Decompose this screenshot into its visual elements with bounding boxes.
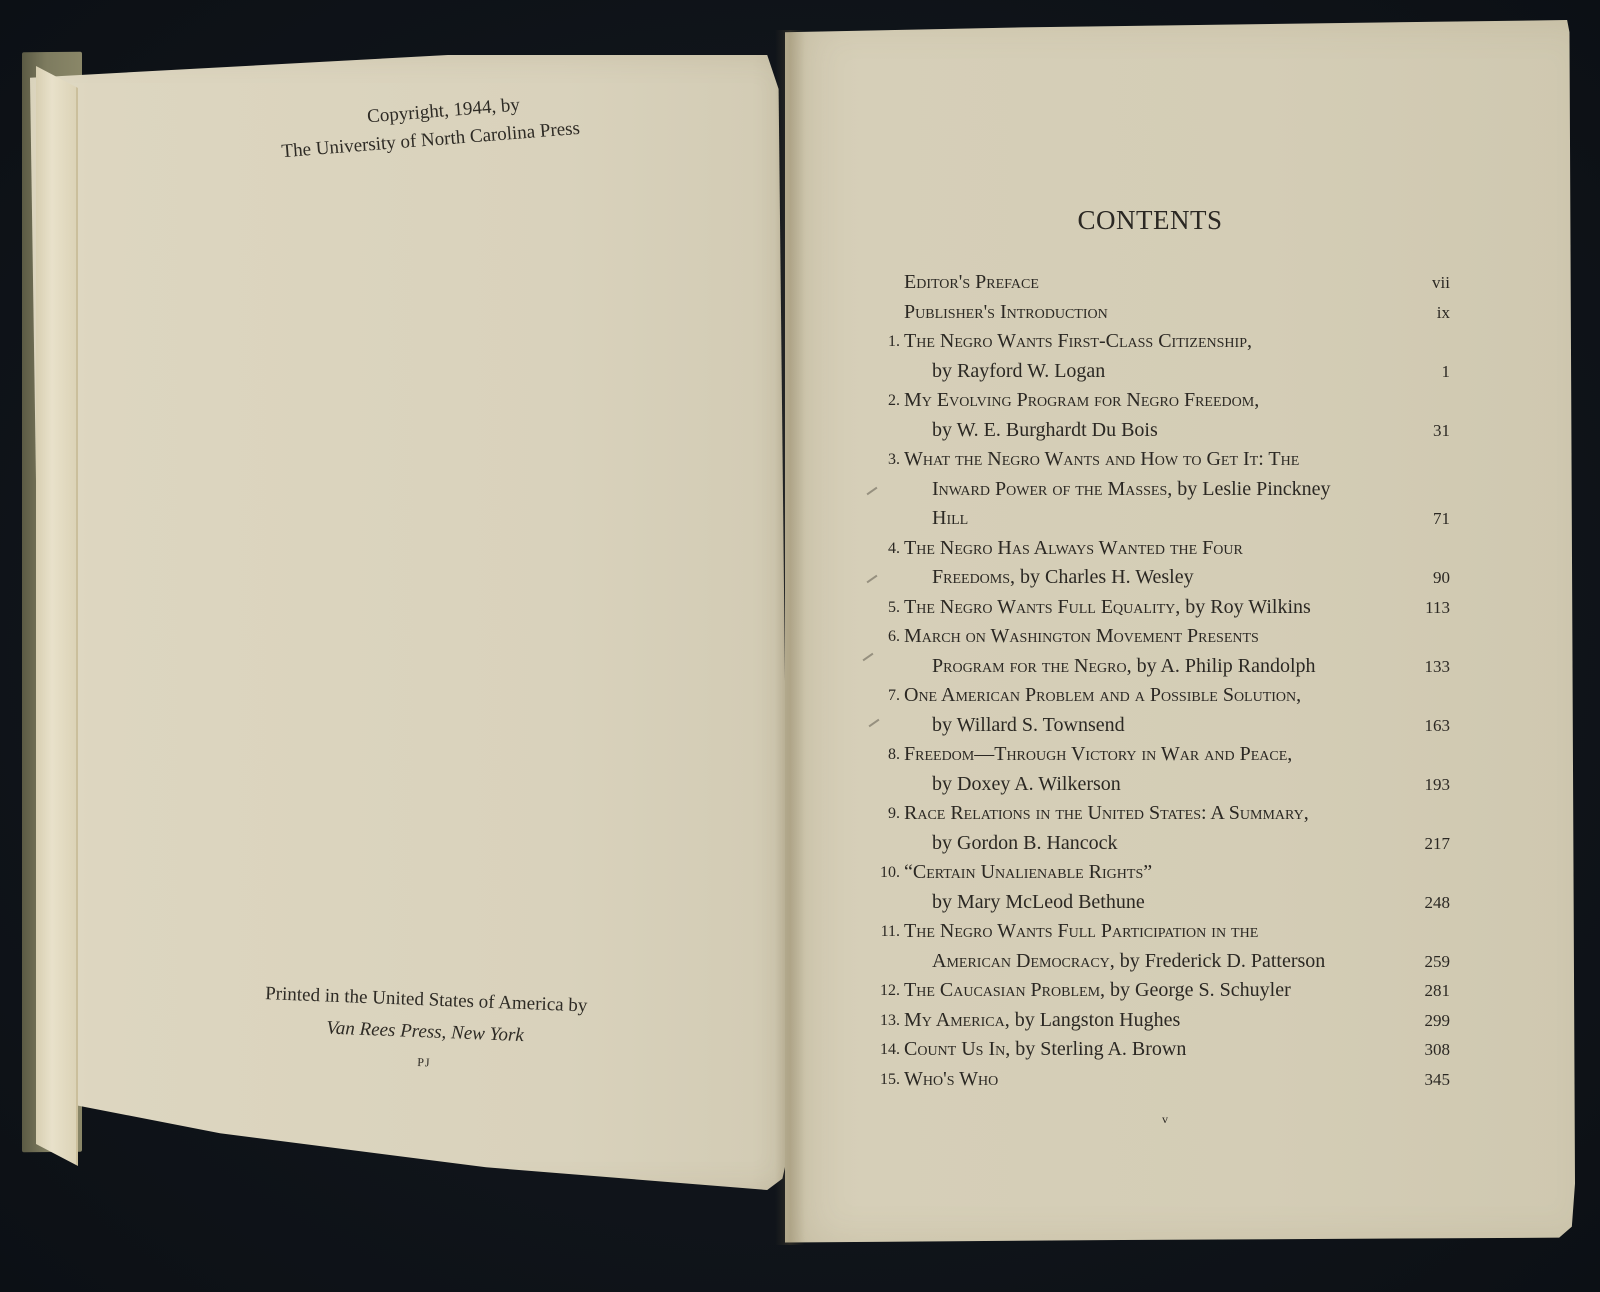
chapter-title-continued: Hill <box>932 504 968 534</box>
chapter-title-continued: Inward Power of the Masses, by Leslie Pi… <box>932 475 1331 505</box>
chapter-number: 3. <box>870 445 900 475</box>
page-reference: 133 <box>1400 652 1450 682</box>
chapter-title: March on Washington Movement Presents <box>904 622 1259 652</box>
chapter-number: 4. <box>870 534 900 564</box>
chapter-number: 12. <box>870 976 900 1006</box>
toc-entry-line: Freedoms, by Charles H. Wesley90 <box>870 563 1450 593</box>
page-reference: ix <box>1400 298 1450 328</box>
toc-entry-line: 4.The Negro Has Always Wanted the Four <box>870 534 1450 564</box>
toc-entry-line: 3.What the Negro Wants and How to Get It… <box>870 445 1450 475</box>
chapter-title-continued: by Willard S. Townsend <box>932 711 1125 741</box>
toc-entry-line: 14.Count Us In, by Sterling A. Brown308 <box>870 1035 1450 1065</box>
chapter-title: Race Relations in the United States: A S… <box>904 799 1309 829</box>
chapter-number: 15. <box>870 1065 900 1095</box>
page-reference: 90 <box>1400 563 1450 593</box>
chapter-number: 14. <box>870 1035 900 1065</box>
toc-entry-line: 6.March on Washington Movement Presents <box>870 622 1450 652</box>
page-reference: 163 <box>1400 711 1450 741</box>
chapter-title: Count Us In, by Sterling A. Brown <box>904 1035 1186 1065</box>
page-reference: 113 <box>1400 593 1450 623</box>
chapter-number: 1. <box>870 327 900 357</box>
chapter-number: 13. <box>870 1006 900 1036</box>
toc-entry-line: by Gordon B. Hancock217 <box>870 829 1450 859</box>
page-title: CONTENTS <box>1070 205 1230 236</box>
chapter-number: 11. <box>870 917 900 947</box>
chapter-title: The Negro Has Always Wanted the Four <box>904 534 1243 564</box>
chapter-title-continued: Freedoms, by Charles H. Wesley <box>932 563 1194 593</box>
page-reference: 281 <box>1400 976 1450 1006</box>
toc-entry-line: by Mary McLeod Bethune248 <box>870 888 1450 918</box>
page-reference: 217 <box>1400 829 1450 859</box>
chapter-title: Editor's Preface <box>904 268 1039 298</box>
chapter-title-continued: American Democracy, by Frederick D. Patt… <box>932 947 1325 977</box>
chapter-title-continued: by Mary McLeod Bethune <box>932 888 1145 918</box>
chapter-title-continued: Program for the Negro, by A. Philip Rand… <box>932 652 1316 682</box>
printer-imprint: Printed in the United States of America … <box>258 978 591 1083</box>
chapter-title: The Negro Wants Full Equality, by Roy Wi… <box>904 593 1311 623</box>
page-number: v <box>1162 1112 1168 1127</box>
toc-entry-line: American Democracy, by Frederick D. Patt… <box>870 947 1450 977</box>
toc-entry-line: Editor's Prefacevii <box>870 268 1450 298</box>
toc-entry-line: Publisher's Introductionix <box>870 298 1450 328</box>
page-reference: 345 <box>1400 1065 1450 1095</box>
chapter-title: Freedom—Through Victory in War and Peace… <box>904 740 1292 770</box>
chapter-number: 6. <box>870 622 900 652</box>
chapter-title: Who's Who <box>904 1065 998 1095</box>
chapter-number: 10. <box>870 858 900 888</box>
page-reference: 259 <box>1400 947 1450 977</box>
toc-entry-line: Hill71 <box>870 504 1450 534</box>
page-reference: 308 <box>1400 1035 1450 1065</box>
chapter-number: 2. <box>870 386 900 416</box>
page-reference: 71 <box>1400 504 1450 534</box>
toc-entry-line: 13.My America, by Langston Hughes299 <box>870 1006 1450 1036</box>
toc-entry-line: 11.The Negro Wants Full Participation in… <box>870 917 1450 947</box>
toc-entry-line: 2.My Evolving Program for Negro Freedom, <box>870 386 1450 416</box>
toc-entry-line: by Doxey A. Wilkerson193 <box>870 770 1450 800</box>
chapter-title: What the Negro Wants and How to Get It: … <box>904 445 1299 475</box>
toc-entry-line: by W. E. Burghardt Du Bois31 <box>870 416 1450 446</box>
page-reference: 31 <box>1400 416 1450 446</box>
page-reference: 193 <box>1400 770 1450 800</box>
toc-entry-line: by Willard S. Townsend163 <box>870 711 1450 741</box>
page-reference: 248 <box>1400 888 1450 918</box>
page-reference: vii <box>1400 268 1450 298</box>
chapter-title-continued: by W. E. Burghardt Du Bois <box>932 416 1158 446</box>
chapter-number: 7. <box>870 681 900 711</box>
toc-entry-line: 15.Who's Who345 <box>870 1065 1450 1095</box>
page-reference: 299 <box>1400 1006 1450 1036</box>
chapter-title-continued: by Doxey A. Wilkerson <box>932 770 1121 800</box>
chapter-title-continued: by Gordon B. Hancock <box>932 829 1118 859</box>
chapter-title: One American Problem and a Possible Solu… <box>904 681 1301 711</box>
toc-entry-line: 10.“Certain Unalienable Rights” <box>870 858 1450 888</box>
chapter-title: The Negro Wants Full Participation in th… <box>904 917 1258 947</box>
chapter-title: My America, by Langston Hughes <box>904 1006 1180 1036</box>
toc-entry-line: by Rayford W. Logan1 <box>870 357 1450 387</box>
chapter-title: The Negro Wants First-Class Citizenship, <box>904 327 1252 357</box>
chapter-title: The Caucasian Problem, by George S. Schu… <box>904 976 1291 1006</box>
table-of-contents: Editor's PrefaceviiPublisher's Introduct… <box>870 268 1450 1094</box>
chapter-number: 9. <box>870 799 900 829</box>
toc-entry-line: 12.The Caucasian Problem, by George S. S… <box>870 976 1450 1006</box>
chapter-title-continued: by Rayford W. Logan <box>932 357 1105 387</box>
toc-entry-line: 1.The Negro Wants First-Class Citizenshi… <box>870 327 1450 357</box>
endpaper-hinge <box>36 66 78 1166</box>
chapter-title: Publisher's Introduction <box>904 298 1108 328</box>
toc-entry-line: 8.Freedom—Through Victory in War and Pea… <box>870 740 1450 770</box>
toc-entry-line: Program for the Negro, by A. Philip Rand… <box>870 652 1450 682</box>
toc-entry-line: Inward Power of the Masses, by Leslie Pi… <box>870 475 1450 505</box>
toc-entry-line: 7.One American Problem and a Possible So… <box>870 681 1450 711</box>
chapter-title: “Certain Unalienable Rights” <box>904 858 1152 888</box>
page-reference: 1 <box>1400 357 1450 387</box>
chapter-number: 5. <box>870 593 900 623</box>
toc-entry-line: 9.Race Relations in the United States: A… <box>870 799 1450 829</box>
book-gutter <box>775 30 805 1245</box>
chapter-title: My Evolving Program for Negro Freedom, <box>904 386 1259 416</box>
chapter-number: 8. <box>870 740 900 770</box>
toc-entry-line: 5.The Negro Wants Full Equality, by Roy … <box>870 593 1450 623</box>
